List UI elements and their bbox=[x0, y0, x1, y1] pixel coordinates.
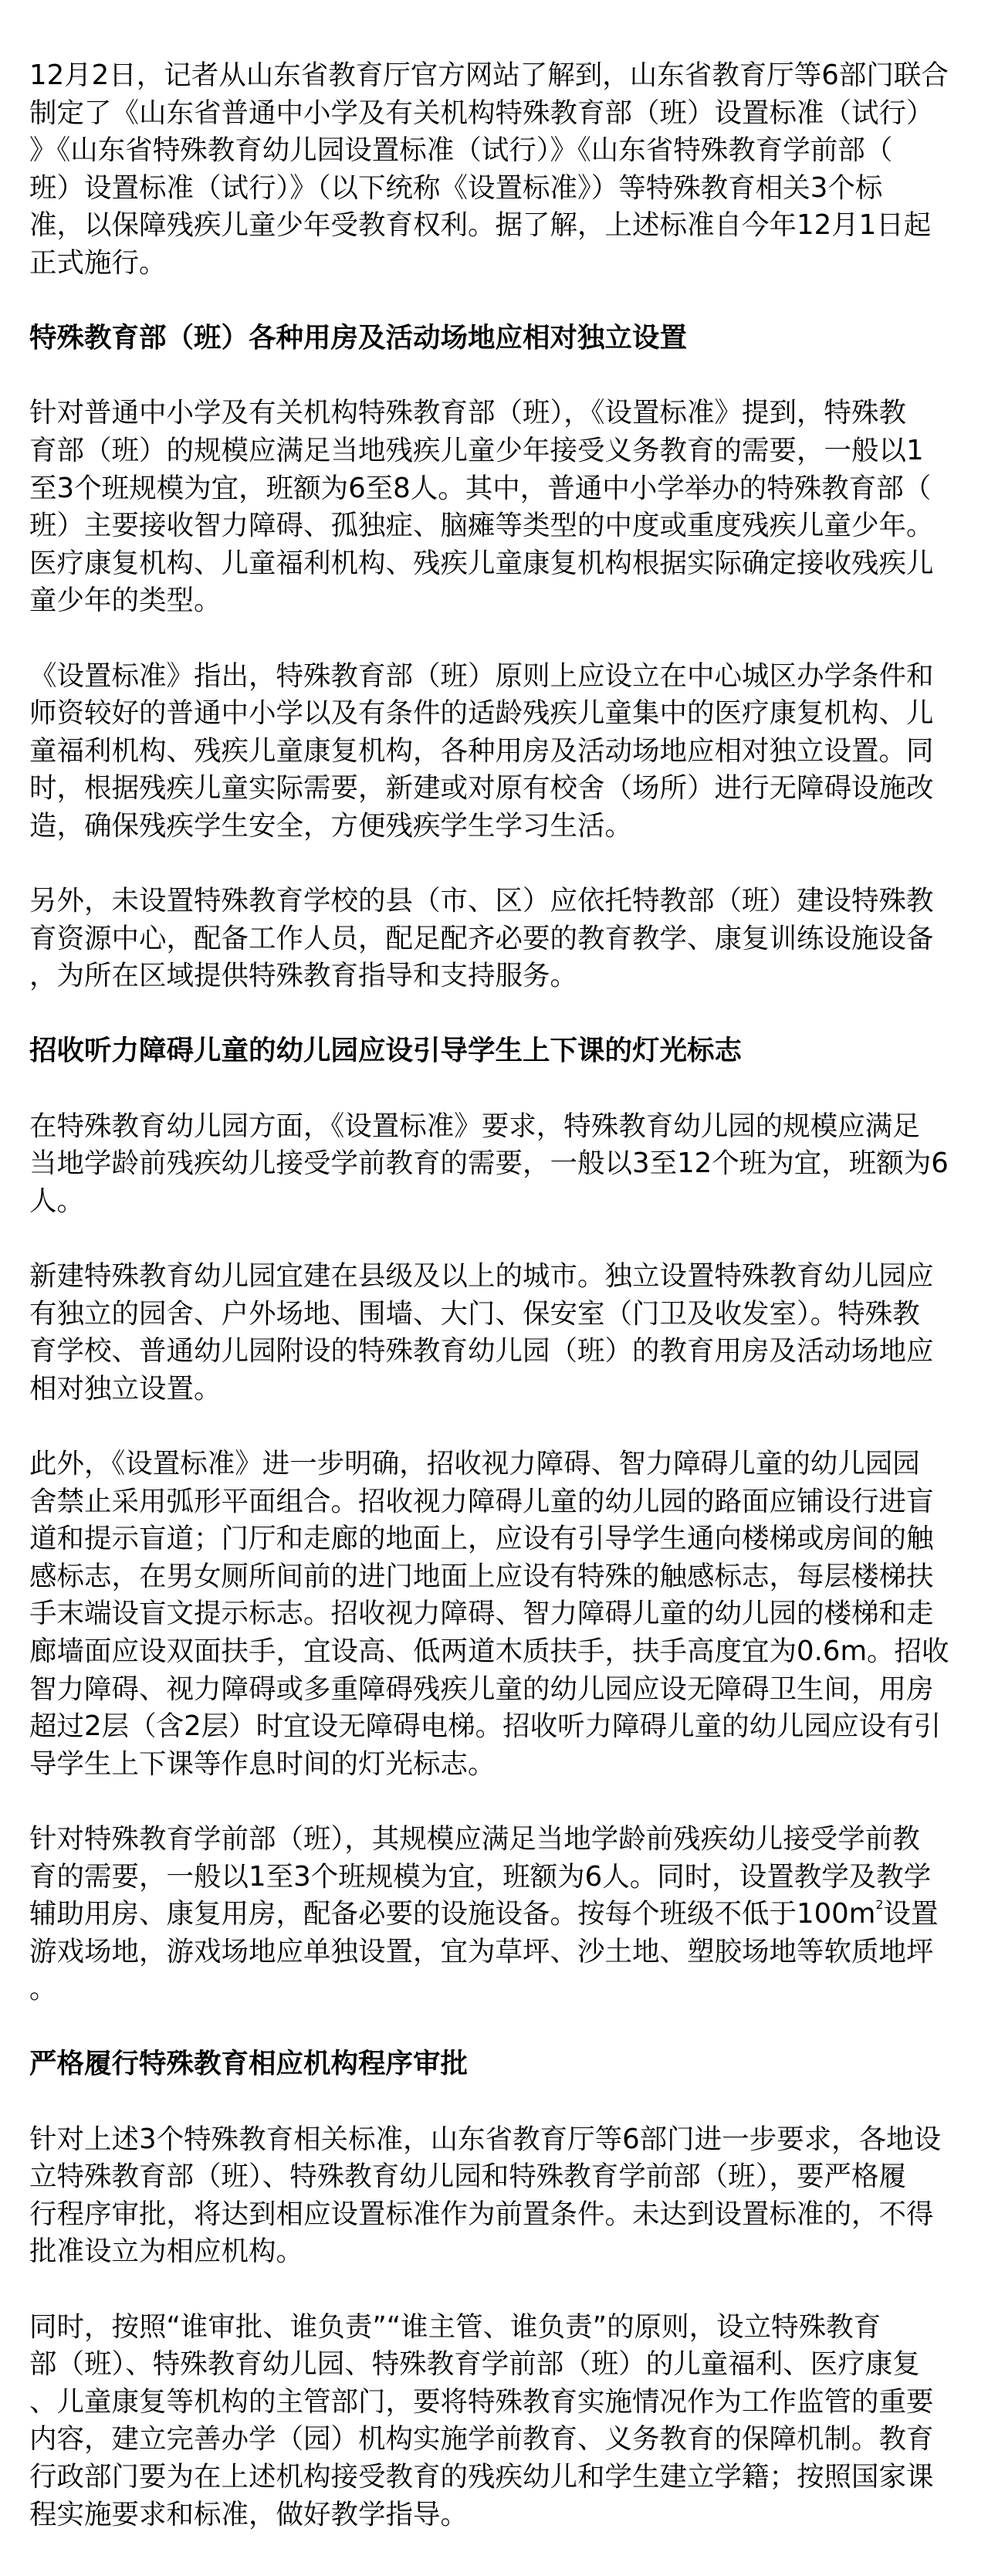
text-line: 造，确保残疾学生安全，方便残疾学生学习生活。 bbox=[29, 808, 963, 846]
text-line: 舍禁止采用弧形平面组合。招收视力障碍儿童的幼儿园的路面应铺设行进盲 bbox=[29, 1483, 963, 1521]
text-line: 行程序审批，将达到相应设置标准作为前置条件。未达到设置标准的，不得 bbox=[29, 2196, 963, 2234]
text-line: 时，根据残疾儿童实际需要，新建或对原有校舍（场所）进行无障碍设施改 bbox=[29, 770, 963, 808]
body-paragraph: 在特殊教育幼儿园方面，《设置标准》要求，特殊教育幼儿园的规模应满足 当地学龄前残… bbox=[29, 1108, 963, 1221]
text-line: 此外，《设置标准》进一步明确，招收视力障碍、智力障碍儿童的幼儿园园 bbox=[29, 1446, 963, 1483]
text-line: 制定了《山东省普通中小学及有关机构特殊教育部（班）设置标准（试行） bbox=[29, 95, 963, 133]
section-heading-light-signals: 招收听力障碍儿童的幼儿园应设引导学生上下课的灯光标志 bbox=[29, 1032, 963, 1070]
text-line: 相对独立设置。 bbox=[29, 1371, 963, 1408]
text-line: 班）主要接收智力障碍、孤独症、脑瘫等类型的中度或重度残疾儿童少年。 bbox=[29, 507, 963, 545]
text-line: 育资源中心，配备工作人员，配足配齐必要的教育教学、康复训练设施设备 bbox=[29, 920, 963, 958]
section-heading: 招收听力障碍儿童的幼儿园应设引导学生上下课的灯光标志 bbox=[29, 1032, 963, 1070]
text-line: 廊墙面应设双面扶手，宜设高、低两道木质扶手，扶手高度宜为0.6m。招收 bbox=[29, 1633, 963, 1671]
body-paragraph: 《设置标准》指出，特殊教育部（班）原则上应设立在中心城区办学条件和 师资较好的普… bbox=[29, 658, 963, 846]
text-line: 当地学龄前残疾幼儿接受学前教育的需要，一般以3至12个班为宜，班额为6 bbox=[29, 1145, 963, 1183]
text-line: 在特殊教育幼儿园方面，《设置标准》要求，特殊教育幼儿园的规模应满足 bbox=[29, 1108, 963, 1146]
text-line: 《设置标准》指出，特殊教育部（班）原则上应设立在中心城区办学条件和 bbox=[29, 658, 963, 696]
text-line: 有独立的园舍、户外场地、围墙、大门、保安室（门卫及收发室）。特殊教 bbox=[29, 1296, 963, 1334]
section-heading-independent-facilities: 特殊教育部（班）各种用房及活动场地应相对独立设置 bbox=[29, 320, 963, 358]
text-line: 手末端设盲文提示标志。招收视力障碍、智力障碍儿童的幼儿园的楼梯和走 bbox=[29, 1595, 963, 1633]
text-line: 、儿童康复等机构的主管部门，要将特殊教育实施情况作为工作监管的重要 bbox=[29, 2384, 963, 2422]
text-line: 班）设置标准（试行）》（以下统称《设置标准》）等特殊教育相关3个标 bbox=[29, 170, 963, 208]
text-line: 育的需要，一般以1至3个班规模为宜，班额为6人。同时，设置教学及教学 bbox=[29, 1859, 963, 1896]
text-line: 童福利机构、残疾儿童康复机构，各种用房及活动场地应相对独立设置。同 bbox=[29, 733, 963, 771]
section-heading: 严格履行特殊教育相应机构程序审批 bbox=[29, 2046, 963, 2083]
text-line: 准，以保障残疾儿童少年受教育权利。据了解，上述标准自今年12月1日起 bbox=[29, 207, 963, 245]
text-line: 12月2日，记者从山东省教育厅官方网站了解到，山东省教育厅等6部门联合 bbox=[29, 57, 963, 95]
text-line: 正式施行。 bbox=[29, 245, 963, 283]
text-line: 导学生上下课等作息时间的灯光标志。 bbox=[29, 1746, 963, 1784]
text-line: 超过2层（含2层）时宜设无障碍电梯。招收听力障碍儿童的幼儿园应设有引 bbox=[29, 1708, 963, 1746]
text-line: 感标志，在男女厕所间前的进门地面上应设有特殊的触感标志，每层楼梯扶 bbox=[29, 1558, 963, 1596]
body-paragraph: 同时，按照“谁审批、谁负责”“谁主管、谁负责”的原则，设立特殊教育 部（班）、特… bbox=[29, 2309, 963, 2534]
text-line: 同时，按照“谁审批、谁负责”“谁主管、谁负责”的原则，设立特殊教育 bbox=[29, 2309, 963, 2347]
article-body: 12月2日，记者从山东省教育厅官方网站了解到，山东省教育厅等6部门联合 制定了《… bbox=[29, 57, 963, 2571]
text-line: 师资较好的普通中小学以及有条件的适龄残疾儿童集中的医疗康复机构、儿 bbox=[29, 695, 963, 733]
body-paragraph: 另外，未设置特殊教育学校的县（市、区）应依托特教部（班）建设特殊教 育资源中心，… bbox=[29, 883, 963, 995]
section-heading-approval: 严格履行特殊教育相应机构程序审批 bbox=[29, 2046, 963, 2083]
text-line: 游戏场地，游戏场地应单独设置，宜为草坪、沙土地、塑胶场地等软质地坪 bbox=[29, 1934, 963, 1971]
body-paragraph: 此外，《设置标准》进一步明确，招收视力障碍、智力障碍儿童的幼儿园园 舍禁止采用弧… bbox=[29, 1446, 963, 1783]
text-line: 内容，建立完善办学（园）机构实施学前教育、义务教育的保障机制。教育 bbox=[29, 2421, 963, 2459]
text-line: 道和提示盲道；门厅和走廊的地面上，应设有引导学生通向楼梯或房间的触 bbox=[29, 1520, 963, 1558]
body-paragraph: 针对普通中小学及有关机构特殊教育部（班），《设置标准》提到，特殊教 育部（班）的… bbox=[29, 395, 963, 620]
body-paragraph: 针对特殊教育学前部（班），其规模应满足当地学龄前残疾幼儿接受学前教 育的需要，一… bbox=[29, 1821, 963, 2008]
square-superscript: 2 bbox=[875, 1897, 883, 1912]
text-line: 针对普通中小学及有关机构特殊教育部（班），《设置标准》提到，特殊教 bbox=[29, 395, 963, 432]
text-line: 部（班）、特殊教育幼儿园、特殊教育学前部（班）的儿童福利、医疗康复 bbox=[29, 2346, 963, 2384]
text-line: 医疗康复机构、儿童福利机构、残疾儿童康复机构根据实际确定接收残疾儿 bbox=[29, 545, 963, 583]
text-line: 针对特殊教育学前部（班），其规模应满足当地学龄前残疾幼儿接受学前教 bbox=[29, 1821, 963, 1859]
text-line: 行政部门要为在上述机构接受教育的残疾幼儿和学生建立学籍；按照国家课 bbox=[29, 2459, 963, 2496]
text-line: 至3个班规模为宜，班额为6至8人。其中，普通中小学举办的特殊教育部（ bbox=[29, 470, 963, 508]
body-paragraph: 新建特殊教育幼儿园宜建在县级及以上的城市。独立设置特殊教育幼儿园应 有独立的园舍… bbox=[29, 1258, 963, 1408]
body-paragraph: 针对上述3个特殊教育相关标准，山东省教育厅等6部门进一步要求，各地设 立特殊教育… bbox=[29, 2121, 963, 2271]
text-line: 新建特殊教育幼儿园宜建在县级及以上的城市。独立设置特殊教育幼儿园应 bbox=[29, 1258, 963, 1296]
text-line: 人。 bbox=[29, 1183, 963, 1221]
text-line: 智力障碍、视力障碍或多重障碍残疾儿童的幼儿园应设无障碍卫生间，用房 bbox=[29, 1671, 963, 1709]
section-heading: 特殊教育部（班）各种用房及活动场地应相对独立设置 bbox=[29, 320, 963, 358]
text-line: 。 bbox=[29, 1971, 963, 2008]
text-line: 批准设立为相应机构。 bbox=[29, 2233, 963, 2271]
intro-paragraph: 12月2日，记者从山东省教育厅官方网站了解到，山东省教育厅等6部门联合 制定了《… bbox=[29, 57, 963, 283]
text-line: 育部（班）的规模应满足当地残疾儿童少年接受义务教育的需要，一般以1 bbox=[29, 432, 963, 470]
text-line: 童少年的类型。 bbox=[29, 582, 963, 620]
text-segment: 辅助用房、康复用房，配备必要的设施设备。按每个班级不低于100m bbox=[29, 1898, 875, 1930]
text-line: 立特殊教育部（班）、特殊教育幼儿园和特殊教育学前部（班），要严格履 bbox=[29, 2158, 963, 2196]
text-line: 育学校、普通幼儿园附设的特殊教育幼儿园（班）的教育用房及活动场地应 bbox=[29, 1333, 963, 1371]
text-segment: 设置 bbox=[884, 1898, 939, 1930]
text-line: 针对上述3个特殊教育相关标准，山东省教育厅等6部门进一步要求，各地设 bbox=[29, 2121, 963, 2159]
text-line: 程实施要求和标准，做好教学指导。 bbox=[29, 2496, 963, 2534]
text-line: 辅助用房、康复用房，配备必要的设施设备。按每个班级不低于100m2设置 bbox=[29, 1896, 963, 1934]
text-line: 》《山东省特殊教育幼儿园设置标准（试行）》《山东省特殊教育学前部（ bbox=[29, 132, 963, 170]
text-line: 另外，未设置特殊教育学校的县（市、区）应依托特教部（班）建设特殊教 bbox=[29, 883, 963, 920]
text-line: ，为所在区域提供特殊教育指导和支持服务。 bbox=[29, 958, 963, 995]
